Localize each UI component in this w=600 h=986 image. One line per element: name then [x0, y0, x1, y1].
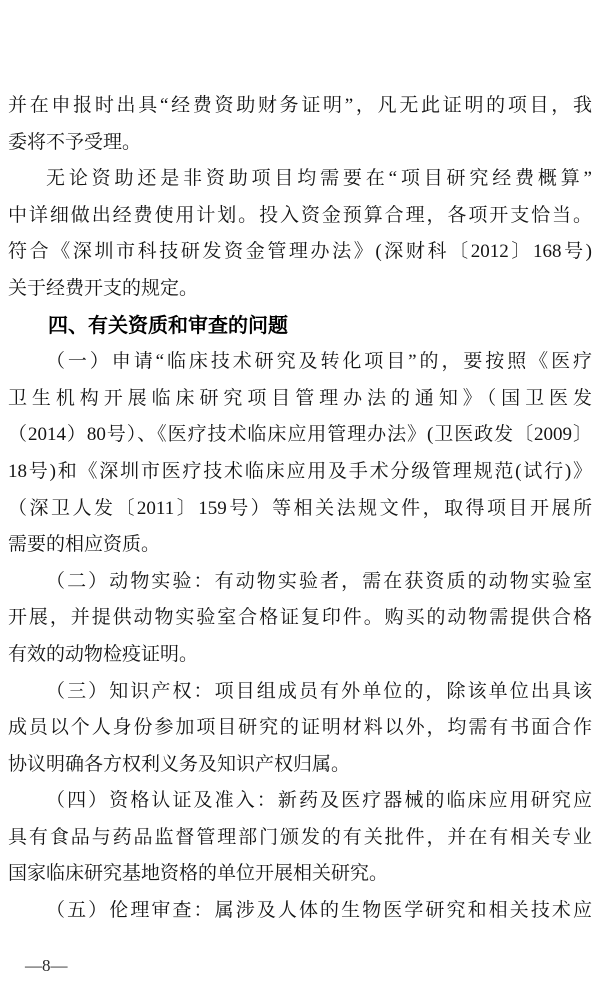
paragraph: （四）资格认证及准入：新药及医疗器械的临床应用研究应具有食品与药品监督管理部门颁…: [8, 783, 592, 893]
text-line: 卫生机构开展临床研究项目管理办法的通知》（国卫医发: [8, 381, 592, 418]
heading-line: 四、有关资质和审查的问题: [8, 308, 592, 345]
document-body: 并在申报时出具“经费资助财务证明”，凡无此证明的项目，我委将不予受理。无论资助还…: [8, 88, 592, 930]
paragraph: （一）申请“临床技术研究及转化项目”的，要按照《医疗卫生机构开展临床研究项目管理…: [8, 344, 592, 564]
text-line: （一）申请“临床技术研究及转化项目”的，要按照《医疗: [8, 344, 592, 381]
text-line: 具有食品与药品监督管理部门颁发的有关批件，并在有相关专业: [8, 820, 592, 857]
paragraph: （二）动物实验：有动物实验者，需在获资质的动物实验室开展，并提供动物实验室合格证…: [8, 564, 592, 674]
text-line: 需要的相应资质。: [8, 527, 592, 564]
text-line: 成员以个人身份参加项目研究的证明材料以外，均需有书面合作: [8, 710, 592, 747]
text-line: 委将不予受理。: [8, 125, 592, 162]
section-heading: 四、有关资质和审查的问题: [8, 308, 592, 345]
text-line: 协议明确各方权利义务及知识产权归属。: [8, 747, 592, 784]
text-line: 关于经费开支的规定。: [8, 271, 592, 308]
paragraph: （三）知识产权：项目组成员有外单位的，除该单位出具该成员以个人身份参加项目研究的…: [8, 674, 592, 784]
text-line: 国家临床研究基地资格的单位开展相关研究。: [8, 856, 592, 893]
text-line: 符合《深圳市科技研发资金管理办法》(深财科〔2012〕168号): [8, 234, 592, 271]
text-line: （深卫人发〔2011〕159号）等相关法规文件，取得项目开展所: [8, 491, 592, 528]
paragraph: 并在申报时出具“经费资助财务证明”，凡无此证明的项目，我委将不予受理。: [8, 88, 592, 161]
text-line: （四）资格认证及准入：新药及医疗器械的临床应用研究应: [8, 783, 592, 820]
paragraph: （五）伦理审查：属涉及人体的生物医学研究和相关技术应: [8, 893, 592, 930]
text-line: 有效的动物检疫证明。: [8, 637, 592, 674]
paragraph: 无论资助还是非资助项目均需要在“项目研究经费概算”中详细做出经费使用计划。投入资…: [8, 161, 592, 307]
text-line: （三）知识产权：项目组成员有外单位的，除该单位出具该: [8, 674, 592, 711]
text-line: 中详细做出经费使用计划。投入资金预算合理，各项开支恰当。: [8, 198, 592, 235]
text-line: （二）动物实验：有动物实验者，需在获资质的动物实验室: [8, 564, 592, 601]
page-number: —8—: [25, 954, 68, 978]
text-line: （五）伦理审查：属涉及人体的生物医学研究和相关技术应: [8, 893, 592, 930]
document-page: 并在申报时出具“经费资助财务证明”，凡无此证明的项目，我委将不予受理。无论资助还…: [0, 0, 600, 986]
text-line: 开展，并提供动物实验室合格证复印件。购买的动物需提供合格: [8, 600, 592, 637]
text-line: 18号)和《深圳市医疗技术临床应用及手术分级管理规范(试行)》: [8, 454, 592, 491]
text-line: （2014）80号）、《医疗技术临床应用管理办法》(卫医政发〔2009〕: [8, 417, 592, 454]
text-line: 并在申报时出具“经费资助财务证明”，凡无此证明的项目，我: [8, 88, 592, 125]
text-line: 无论资助还是非资助项目均需要在“项目研究经费概算”: [8, 161, 592, 198]
